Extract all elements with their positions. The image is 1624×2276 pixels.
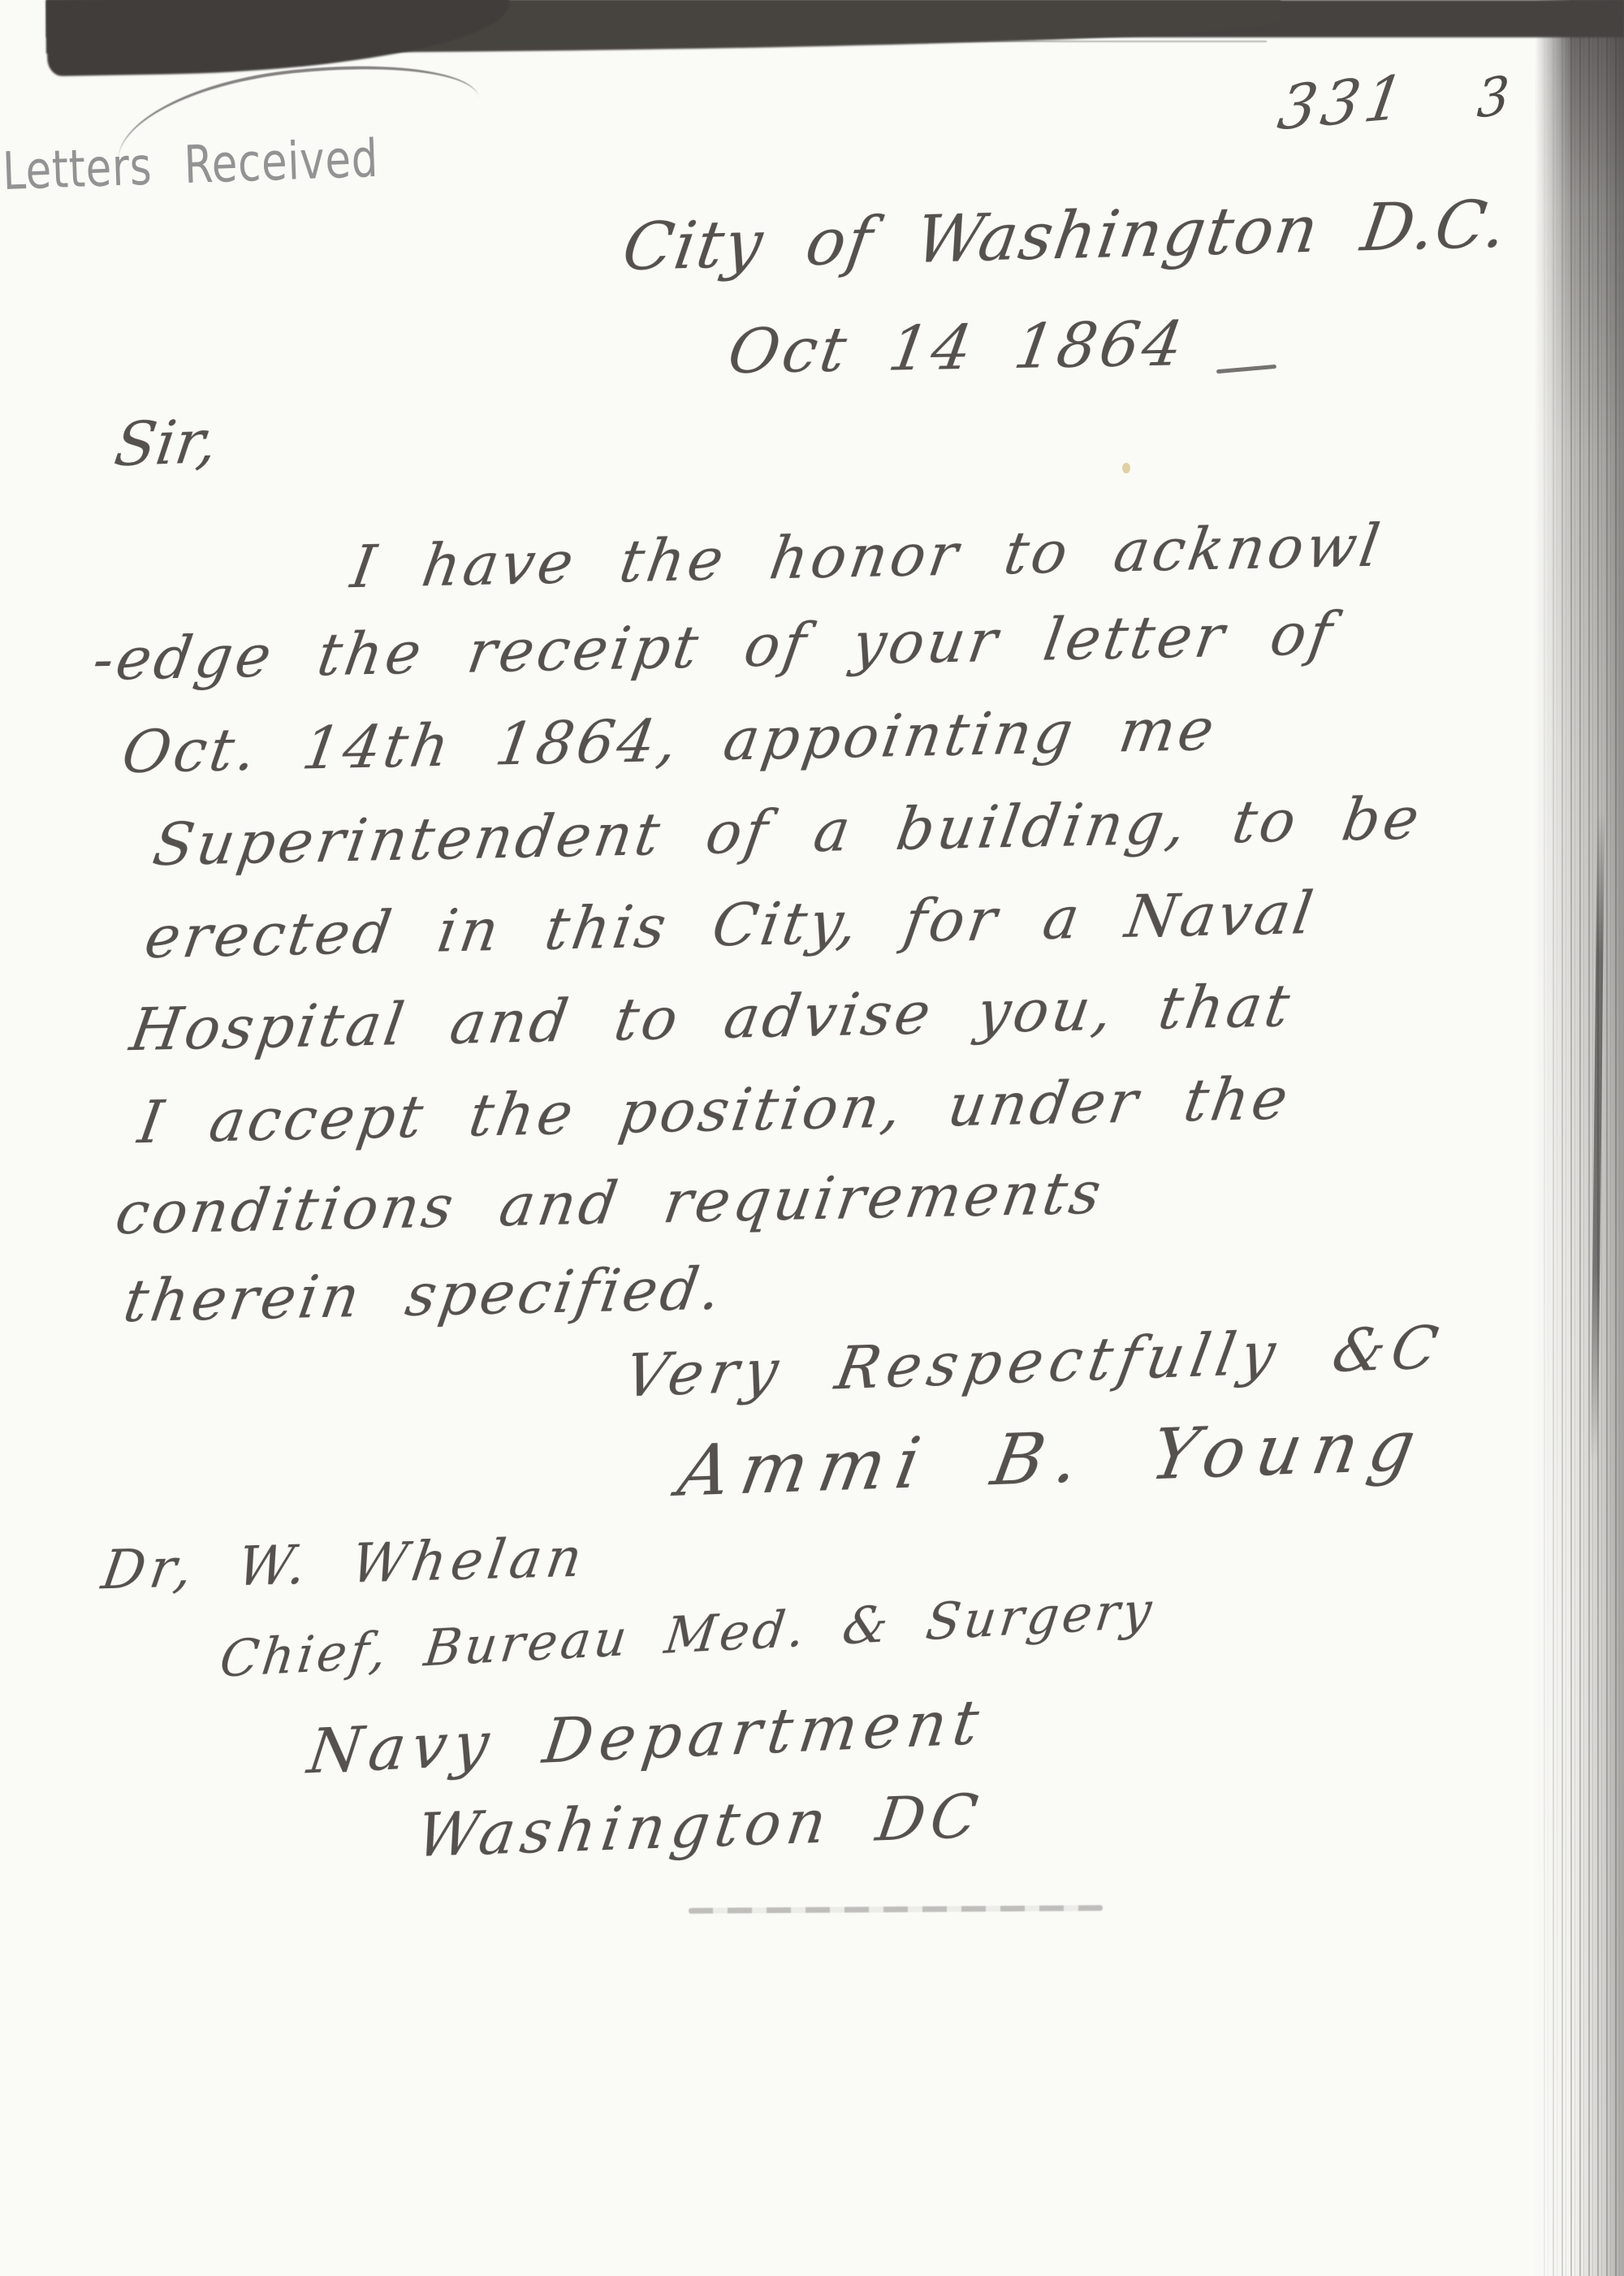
recipient-line: Navy Department — [304, 1686, 989, 1788]
scan-streak-line — [487, 41, 1267, 42]
page-number-secondary: 3 — [1475, 65, 1510, 131]
letters-received-annotation: Letters Received — [2, 129, 379, 202]
scanned-letter-page: Letters Received 331 3 City of Washingto… — [0, 0, 1624, 2276]
body-line: I have the honor to acknowl — [347, 511, 1388, 601]
body-line: Oct. 14th 1864, appointing me — [118, 695, 1222, 786]
recipient-line: Chief, Bureau Med. & Surgery — [217, 1580, 1158, 1689]
closing-line: Very Respectfully &C — [620, 1313, 1449, 1410]
place-line: City of Washington D.C. — [618, 187, 1513, 286]
body-line: I accept the position, under the — [134, 1064, 1295, 1156]
body-line: -edge the receipt of your letter of — [89, 599, 1340, 693]
salutation: Sir, — [110, 407, 222, 481]
paper-speck — [1122, 463, 1130, 473]
recipient-line: Washington DC — [412, 1781, 987, 1872]
scan-artifact-top-band-left — [46, 0, 511, 76]
book-binding-shadow — [1535, 0, 1624, 2276]
body-line: Superintendent of a building, to be — [149, 784, 1427, 879]
body-line: Hospital and to advise you, that — [126, 971, 1298, 1064]
recipient-line: Dr, W. Whelan — [97, 1526, 590, 1601]
body-line: therein specified. — [119, 1255, 728, 1336]
body-line: conditions and requirements — [111, 1159, 1108, 1248]
body-line: erected in this City, for a Naval — [140, 879, 1320, 971]
date-line: Oct 14 1864 — [723, 307, 1191, 387]
smudge-mark — [689, 1905, 1103, 1914]
binding-fade-overlay — [1535, 0, 1624, 2276]
page-number: 331 — [1273, 62, 1414, 144]
date-flourish-stroke — [1216, 365, 1276, 374]
signature: Ammi B. Young — [672, 1405, 1432, 1513]
